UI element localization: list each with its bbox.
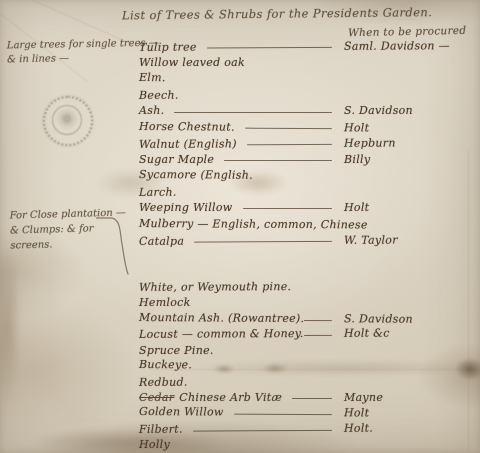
list-row: Mulberry — English, common, Chinese bbox=[139, 215, 466, 233]
list-row: Holly bbox=[139, 437, 466, 453]
plant-name: Ash. bbox=[139, 104, 164, 117]
source-name: Holt bbox=[344, 121, 466, 135]
plant-name: Redbud. bbox=[139, 376, 188, 389]
list-row: Filbert.Holt. bbox=[139, 420, 466, 438]
list-row: Walnut (English)Hepburn bbox=[139, 134, 466, 152]
plant-name: Mountain Ash. (Rowantree). bbox=[139, 311, 304, 325]
list-row: White, or Weymouth pine. bbox=[139, 278, 466, 296]
circular-archive-stamp-icon bbox=[43, 96, 93, 146]
plant-name: Larch. bbox=[139, 185, 177, 198]
margin-note-line: & in lines — bbox=[7, 51, 159, 68]
manuscript-page: List of Trees & Shrubs for the President… bbox=[0, 0, 480, 453]
source-name: Holt &c bbox=[344, 327, 466, 341]
list-row: Tulip treeSaml. Davidson — bbox=[139, 37, 466, 55]
plant-name: Golden Willow bbox=[139, 406, 224, 420]
margin-note-line: Large trees for single trees — bbox=[7, 37, 159, 54]
plant-name: Spruce Pine. bbox=[139, 344, 214, 357]
plant-name: Sycamore (English. bbox=[139, 168, 253, 182]
plant-name: Filbert. bbox=[139, 423, 183, 436]
plant-name: Weeping Willow bbox=[139, 201, 233, 214]
source-name: Mayne bbox=[344, 391, 466, 404]
plant-name: Hemlock bbox=[139, 296, 191, 309]
tree-list-lower-section: White, or Weymouth pine.HemlockMountain … bbox=[139, 279, 466, 453]
source-name: Billy bbox=[344, 153, 466, 166]
plant-name: White, or Weymouth pine. bbox=[139, 280, 291, 294]
list-row: Horse Chestnut.Holt bbox=[139, 118, 466, 136]
source-name: S. Davidson bbox=[344, 104, 466, 117]
list-row: Willow leaved oak bbox=[139, 54, 466, 70]
plant-name: Mulberry — English, common, Chinese bbox=[139, 216, 368, 230]
ink-rule-line bbox=[304, 319, 332, 320]
list-row: CedarChinese Arb VitæMayne bbox=[139, 390, 466, 406]
ink-rule-line bbox=[243, 208, 332, 209]
source-name: Hepburn bbox=[344, 136, 466, 150]
ink-rule-line bbox=[292, 398, 332, 399]
vertical-fold-line bbox=[468, 150, 469, 450]
list-row: Buckeye. bbox=[139, 357, 466, 375]
stamp-inner-circle bbox=[52, 105, 82, 135]
ink-rule-line bbox=[174, 112, 332, 113]
source-name: Holt bbox=[344, 407, 466, 421]
source-name: Saml. Davidson — bbox=[344, 39, 466, 53]
ink-rule-line bbox=[245, 127, 332, 129]
ink-rule-line bbox=[247, 144, 332, 145]
source-name: W. Taylor bbox=[344, 232, 466, 246]
ink-rule-line bbox=[193, 430, 332, 432]
list-row: Locust — common & Honey.Holt &c bbox=[139, 326, 466, 344]
source-name: Holt. bbox=[344, 422, 466, 436]
page-title: List of Trees & Shrubs for the President… bbox=[122, 6, 382, 23]
plant-name: Sugar Maple bbox=[139, 153, 214, 166]
plant-name: Buckeye. bbox=[139, 358, 192, 371]
plant-name: Catalpa bbox=[139, 234, 184, 247]
list-row: Weeping WillowHolt bbox=[139, 199, 466, 215]
plant-name: Willow leaved oak bbox=[139, 56, 245, 69]
list-row: Hemlock bbox=[139, 295, 466, 311]
list-row: Larch. bbox=[139, 182, 466, 200]
plant-name: Walnut (English) bbox=[139, 137, 237, 151]
plant-name: Chinese Arb Vitæ bbox=[179, 391, 282, 404]
list-row: Redbud. bbox=[139, 373, 466, 391]
list-row: Spruce Pine. bbox=[139, 342, 466, 358]
source-name: S. Davidson bbox=[344, 312, 466, 326]
plant-name: Horse Chestnut. bbox=[139, 119, 235, 133]
ink-rule-line bbox=[207, 47, 332, 49]
plant-name: Elm. bbox=[139, 71, 166, 84]
list-row: Sugar MapleBilly bbox=[139, 151, 466, 167]
ink-rule-line bbox=[224, 160, 332, 161]
plant-name: Beech. bbox=[139, 89, 179, 102]
list-row: CatalpaW. Taylor bbox=[139, 231, 466, 249]
plant-name: Holly bbox=[139, 438, 170, 451]
edge-stain bbox=[0, 250, 20, 400]
struck-out-text: Cedar bbox=[139, 391, 174, 404]
list-row: Beech. bbox=[139, 86, 466, 104]
plant-name: Tulip tree bbox=[139, 40, 197, 53]
ink-rule-line bbox=[304, 335, 332, 336]
list-row: Ash.S. Davidson bbox=[139, 103, 466, 119]
margin-bracket-curve bbox=[96, 210, 130, 276]
margin-note-large-trees: Large trees for single trees — & in line… bbox=[7, 37, 159, 68]
ink-rule-line bbox=[194, 241, 332, 243]
ink-rule-line bbox=[234, 414, 332, 416]
tree-list-upper-section: Tulip treeSaml. Davidson —Willow leaved … bbox=[139, 38, 466, 248]
source-name: Holt bbox=[344, 201, 466, 214]
plant-name: Locust — common & Honey. bbox=[139, 328, 304, 342]
